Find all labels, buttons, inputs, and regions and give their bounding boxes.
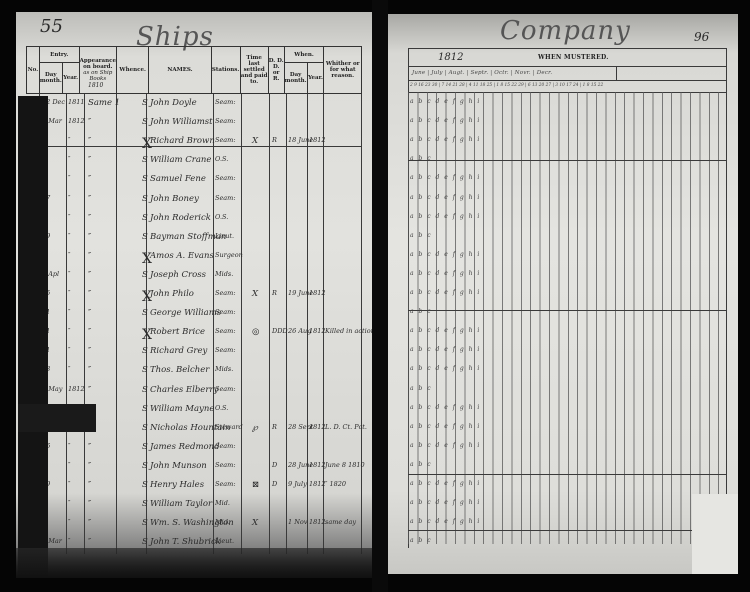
- right-page-number: 96: [694, 30, 709, 44]
- entry-year: ″: [68, 518, 70, 526]
- entry-year: ″: [68, 213, 70, 221]
- station: Mids.: [215, 365, 233, 373]
- crew-name: Henry Hales: [150, 480, 204, 490]
- row-mark: S: [142, 537, 148, 547]
- appearance-year-note: 1810: [88, 82, 103, 89]
- reason: June 8 1810: [325, 461, 365, 469]
- row-rule: [408, 310, 726, 311]
- appearance: ″: [88, 194, 91, 204]
- entry-year: 1811: [68, 98, 85, 106]
- muster-mark-row: a b c d e f g h i: [410, 327, 481, 334]
- when-year: 1812: [309, 327, 326, 335]
- crew-name: Richard Brown: [150, 136, 215, 146]
- crew-name: Joseph Cross: [150, 270, 206, 280]
- crew-name: Richard Grey: [150, 346, 207, 356]
- row-mark: S: [142, 174, 148, 184]
- muster-mark-row: a b c d e f g h i: [410, 136, 481, 143]
- reason: ″ 1820: [325, 480, 346, 488]
- row-mark: S: [142, 308, 148, 318]
- book-spine: [372, 0, 388, 592]
- station: Seam:: [215, 385, 236, 393]
- station: Seam:: [215, 461, 236, 469]
- column-rule: [726, 48, 727, 548]
- station: Seam:: [215, 98, 236, 106]
- appearance: ″: [88, 537, 91, 547]
- scan-shadow-tab: [18, 404, 96, 432]
- row-rule: [408, 160, 726, 161]
- station: Seam:: [215, 442, 236, 450]
- when-day: 9 July: [288, 480, 307, 488]
- muster-mark-row: a b c d e f g h i: [410, 423, 481, 430]
- header-entry-day: Day month.: [39, 63, 62, 94]
- entry-year: 1812: [68, 385, 85, 393]
- header-rule: [408, 80, 726, 81]
- appearance: ″: [88, 346, 91, 356]
- entry-year: ″: [68, 251, 70, 259]
- paper-patch: [692, 494, 738, 574]
- crew-name: John Boney: [150, 194, 199, 204]
- entry-year: ″: [68, 136, 70, 144]
- entry-year: ″: [68, 461, 70, 469]
- left-page-number: 55: [40, 16, 63, 37]
- header-when: When.: [284, 47, 324, 63]
- appearance: Same 1: [88, 98, 120, 108]
- reason: same day: [325, 518, 356, 526]
- row-mark: S: [142, 499, 148, 509]
- row-mark: S: [142, 346, 148, 356]
- left-page: 55 Ships No. Entry. Appearance on board.…: [16, 12, 372, 578]
- crew-name: James Redmond: [150, 442, 220, 452]
- when-year: 1812: [309, 461, 326, 469]
- appearance: ″: [88, 518, 91, 528]
- ddd-status: R: [272, 289, 277, 297]
- row-mark: S: [142, 404, 148, 414]
- header-ddd: D. D. D. or R.: [268, 47, 284, 94]
- row-rule: [408, 474, 726, 475]
- header-when-day: Day month.: [284, 63, 307, 94]
- entry-year: ″: [68, 365, 70, 373]
- appearance: ″: [88, 117, 91, 127]
- when-day: 1 Nov: [288, 518, 307, 526]
- reason: Killed in action: [325, 327, 372, 335]
- row-mark: S: [142, 423, 148, 433]
- station: Mid.: [215, 499, 230, 507]
- entry-year: ″: [68, 308, 70, 316]
- row-mark: S: [142, 155, 148, 165]
- row-rule: [408, 530, 726, 531]
- crew-name: Robert Brice: [150, 327, 205, 337]
- station: Seam:: [215, 327, 236, 335]
- entry-year: ″: [68, 499, 70, 507]
- muster-mark-row: a b c d e f g h i: [410, 270, 481, 277]
- header-no: No.: [27, 47, 40, 94]
- when-year: 1812: [309, 136, 326, 144]
- crew-name: John T. Shubrick: [150, 537, 221, 547]
- when-year: 1812: [309, 480, 326, 488]
- crew-name: George Williams: [150, 308, 221, 318]
- muster-mark-row: a b c d e f g h i: [410, 174, 481, 181]
- entry-year: ″: [68, 232, 70, 240]
- station: Mids.: [215, 270, 233, 278]
- appearance: ″: [88, 327, 91, 337]
- crew-name: William Mayne: [150, 404, 214, 414]
- entry-year: ″: [68, 194, 70, 202]
- muster-days: 2 9 16 23 30 | 7 14 21 28 | 4 11 18 25 |…: [410, 83, 603, 88]
- station: Mid.: [215, 518, 230, 526]
- ddd-status: R: [272, 423, 277, 431]
- station: Seam:: [215, 289, 236, 297]
- muster-mark-row: a b c: [410, 537, 432, 544]
- appearance: ″: [88, 174, 91, 184]
- appearance: ″: [88, 289, 91, 299]
- appearance: ″: [88, 232, 91, 242]
- reason: L. D. Ct. Pct.: [325, 423, 367, 431]
- station: O.S.: [215, 155, 228, 163]
- station: Seam:: [215, 174, 236, 182]
- crew-name: John Doyle: [150, 98, 197, 108]
- muster-mark-row: a b c d e f g h i: [410, 499, 481, 506]
- entry-year: ″: [68, 480, 70, 488]
- row-mark: S: [142, 480, 148, 490]
- muster-mark-row: a b c d e f g h i: [410, 213, 481, 220]
- when-year: 1812: [309, 518, 326, 526]
- header-whither-reason: Whither or for what reason.: [324, 47, 362, 94]
- crew-name: John Munson: [150, 461, 207, 471]
- station: Steward: [215, 423, 243, 431]
- entry-year: ″: [68, 442, 70, 450]
- crew-name: John Williamst: [150, 117, 213, 127]
- muster-mark-row: a b c d e f g h i: [410, 194, 481, 201]
- station: O.S.: [215, 404, 228, 412]
- station: Lieut.: [215, 537, 234, 545]
- station: Seam:: [215, 136, 236, 144]
- muster-months: June | July | Augt. | Septr. | Octr. | N…: [412, 70, 552, 76]
- appearance: ″: [88, 461, 91, 471]
- header-entry: Entry.: [39, 47, 79, 63]
- muster-mark-row: a b c: [410, 232, 432, 239]
- when-mustered-header: WHEN MUSTERED.: [538, 54, 609, 61]
- station: Surgeon: [215, 251, 243, 259]
- crew-name: John Philo: [150, 289, 194, 299]
- muster-mark-row: a b c d e f g h i: [410, 98, 481, 105]
- row-mark: S: [142, 270, 148, 280]
- settled-mark: ℘: [252, 423, 258, 433]
- crew-name: Samuel Fene: [150, 174, 206, 184]
- appearance: ″: [88, 213, 91, 223]
- crew-name: Charles Elberry: [150, 385, 218, 395]
- row-mark: S: [142, 442, 148, 452]
- header-time-last-settled: Time last settled and paid to.: [240, 47, 268, 94]
- crew-name: William Crane: [150, 155, 211, 165]
- header-when-year: Year.: [307, 63, 324, 94]
- appearance: ″: [88, 480, 91, 490]
- entry-year: ″: [68, 155, 70, 163]
- when-day: 26 Aug: [288, 327, 311, 335]
- entry-year: ″: [68, 327, 70, 335]
- row-mark: S: [142, 213, 148, 223]
- row-mark: S: [142, 461, 148, 471]
- header-entry-year: Year.: [62, 63, 79, 94]
- when-year: 1812: [309, 423, 326, 431]
- appearance: ″: [88, 365, 91, 375]
- row-mark: S: [142, 232, 148, 242]
- station: Seam:: [215, 194, 236, 202]
- muster-mark-row: a b c: [410, 461, 432, 468]
- muster-mark-row: a b c d e f g h i: [410, 480, 481, 487]
- header-rule: [408, 48, 726, 49]
- station: Seam:: [215, 480, 236, 488]
- entry-year: ″: [68, 346, 70, 354]
- row-mark: S: [142, 385, 148, 395]
- entry-year: ″: [68, 289, 70, 297]
- appearance: ″: [88, 308, 91, 318]
- when-year: 1812: [309, 289, 326, 297]
- appearance: ″: [88, 499, 91, 509]
- appearance: ″: [88, 385, 91, 395]
- muster-mark-row: a b c: [410, 385, 432, 392]
- ddd-status: D: [272, 480, 277, 488]
- header-rule: [408, 66, 726, 67]
- settled-mark: X: [252, 289, 258, 299]
- muster-table-header: No. Entry. Appearance on board.as on Shi…: [26, 46, 362, 94]
- muster-mark-row: a b c d e f g h i: [410, 442, 481, 449]
- muster-mark-row: a b c d e f g h i: [410, 365, 481, 372]
- right-page: Company 96 1812 WHEN MUSTERED. June | Ju…: [388, 14, 738, 574]
- appearance: ″: [88, 251, 91, 261]
- muster-year: 1812: [438, 52, 463, 63]
- appearance: ″: [88, 270, 91, 280]
- appearance: ″: [88, 442, 91, 452]
- scan-shadow-bottom: [16, 548, 372, 578]
- settled-mark: X: [252, 518, 258, 528]
- settled-mark: ⊠: [252, 480, 259, 490]
- crew-name: Thos. Belcher: [150, 365, 209, 375]
- muster-mark-row: a b c: [410, 155, 432, 162]
- settled-mark: X: [252, 136, 258, 146]
- header-whence: Whence.: [116, 47, 148, 94]
- row-mark: S: [142, 194, 148, 204]
- station: Seam:: [215, 117, 236, 125]
- column-rule: [616, 66, 617, 80]
- ddd-status: D: [272, 461, 277, 469]
- ddd-status: DDD: [272, 327, 288, 335]
- station: Seam:: [215, 308, 236, 316]
- station: O.S.: [215, 213, 228, 221]
- muster-mark-row: a b c d e f g h i: [410, 289, 481, 296]
- appearance: ″: [88, 136, 91, 146]
- entry-year: ″: [68, 537, 70, 545]
- row-mark: S: [142, 117, 148, 127]
- crew-name: Amos A. Evans: [150, 251, 214, 261]
- settled-mark: ◎: [252, 327, 259, 337]
- header-names: NAMES.: [149, 47, 211, 94]
- muster-mark-row: a b c: [410, 308, 432, 315]
- row-mark: S: [142, 518, 148, 528]
- row-mark: S: [142, 365, 148, 375]
- muster-mark-row: a b c d e f g h i: [410, 404, 481, 411]
- appearance: ″: [88, 155, 91, 165]
- scan-shadow-band: [18, 96, 48, 576]
- entry-year: ″: [68, 270, 70, 278]
- entry-year: 1812: [68, 117, 85, 125]
- muster-mark-row: a b c d e f g h i: [410, 251, 481, 258]
- row-mark: S: [142, 98, 148, 108]
- entry-year: ″: [68, 174, 70, 182]
- header-stations: Stations.: [211, 47, 240, 94]
- muster-mark-row: a b c d e f g h i: [410, 117, 481, 124]
- crew-name: John Roderick: [150, 213, 211, 223]
- station: Seam:: [215, 346, 236, 354]
- muster-mark-row: a b c d e f g h i: [410, 346, 481, 353]
- muster-mark-row: a b c d e f g h i: [410, 518, 481, 525]
- right-page-title: Company: [500, 16, 631, 46]
- ddd-status: R: [272, 136, 277, 144]
- crew-name: William Taylor: [150, 499, 212, 509]
- station: Lieut.: [215, 232, 234, 240]
